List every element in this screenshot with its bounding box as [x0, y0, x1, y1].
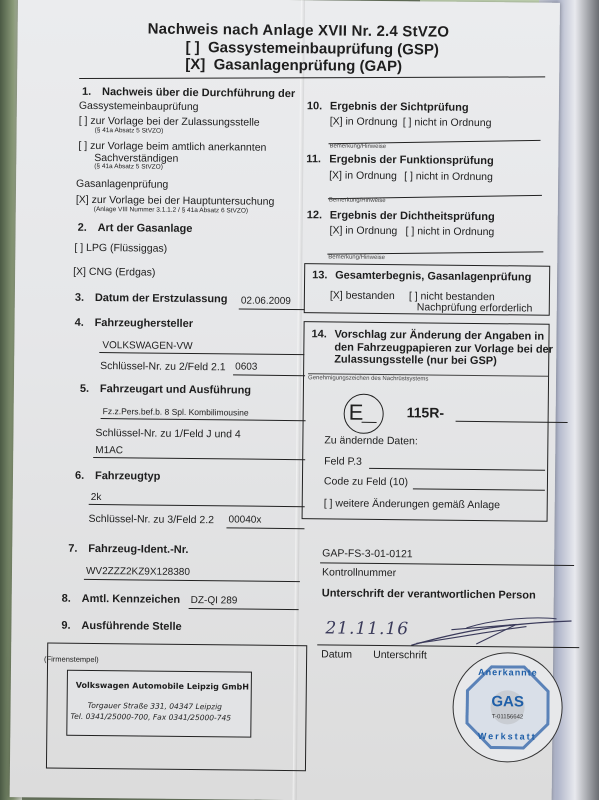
checkbox-gsp: [ ] [185, 39, 199, 56]
control-number-label: Kontrollnummer [322, 566, 396, 579]
more-changes-option: [ ] weitere Änderungen gemäß Anlage [324, 497, 500, 511]
company-address: Torgauer Straße 331, 04347 Leipzig [88, 701, 222, 711]
company-stamp: Volkswagen Automobile Leipzig GmbH Torga… [66, 670, 252, 738]
license-plate-value: DZ-QI 289 [191, 595, 238, 606]
leak-check-nok: [ ] nicht in Ordnung [406, 225, 495, 238]
company-name: Volkswagen Automobile Leipzig GmbH [76, 681, 249, 692]
vin-value: WV2ZZZ2KZ9X128380 [86, 566, 190, 578]
section-4-title: 4.Fahrzeughersteller [75, 317, 194, 330]
section-10-title: 10.Ergebnis der Sichtprüfung [307, 100, 469, 114]
visual-remark-label: Bemerkung/Hinweise [329, 143, 386, 150]
manufacturer-underline [99, 352, 304, 355]
first-registration-date: 02.06.2009 [241, 296, 291, 308]
section-7-title: 7.Fahrzeug-Ident.-Nr. [68, 543, 188, 556]
option-gap: [X] Gasanlagenprüfung (GAP) [185, 56, 402, 75]
section-13-title: 13.Gesamterbegnis, Gasanlagenprüfung [312, 269, 531, 283]
section-5-title: 5.Fahrzeugart und Ausführung [80, 383, 251, 397]
checkbox-gap: [X] [185, 56, 205, 73]
control-number: GAP-FS-3-01-0121 [322, 547, 413, 560]
visual-check-ok: [X] in Ordnung [330, 115, 398, 128]
note-sachverstaendigen: (§ 41a Absatz 5 StVZO) [94, 163, 163, 171]
section-8-title: 8.Amtl. Kennzeichen [62, 593, 181, 606]
label-gap: Gasanlagenprüfung (GAP) [214, 56, 403, 75]
field-p3-label: Feld P.3 [324, 455, 362, 467]
document-title: Nachweis nach Anlage XVII Nr. 2.4 StVZO [148, 21, 450, 41]
overall-reinspection: Nachprüfung erforderlich [417, 301, 533, 314]
vehicle-type-key-underline [226, 527, 304, 529]
leak-remark-label: Bemerkung/Hinweise [328, 254, 385, 261]
sub-gap: Gasanlagenprüfung [76, 178, 168, 191]
option-cng: [X] CNG (Erdgas) [73, 266, 155, 279]
license-plate-underline [189, 608, 299, 610]
vehicle-kind-key-value: M1AC [95, 445, 123, 456]
section-3-title: 3.Datum der Erstzulassung [75, 292, 228, 306]
e-mark-circle: E [343, 394, 383, 434]
document-sheet: Nachweis nach Anlage XVII Nr. 2.4 StVZO … [10, 0, 560, 800]
vehicle-type-key-value: 00040x [228, 514, 261, 525]
change-data-label: Zu ändernde Daten: [324, 434, 418, 447]
option-lpg: [ ] LPG (Flüssiggas) [74, 242, 167, 255]
function-remark-label: Bemerkung/Hinweise [329, 197, 386, 204]
vehicle-kind-value: Fz.z.Pers.bef.b. 8 Spl. Kombilimousine [103, 406, 249, 418]
section-11-title: 11.Ergebnis der Funktionsprüfung [306, 153, 494, 167]
vehicle-kind-underline [101, 418, 306, 421]
ece-regulation: 115R- [407, 404, 445, 420]
vehicle-kind-key-label: Schlüssel-Nr. zu 1/Feld J und 4 [95, 427, 240, 441]
vehicle-kind-key-underline [93, 457, 305, 460]
manufacturer-value: VOLKSWAGEN-VW [102, 340, 192, 352]
date-label: Datum [321, 648, 352, 660]
header-divider [79, 76, 545, 79]
manufacturer-key-value: 0603 [235, 361, 257, 372]
sub-gsp: Gassystemeinbauprüfung [79, 100, 199, 113]
e-mark-line [362, 422, 377, 423]
control-number-line [320, 562, 574, 566]
vin-underline [84, 579, 300, 582]
code-field-label: Code zu Feld (10) [324, 475, 408, 488]
section-12-title: 12.Ergebnis der Dichtheitsprüfung [307, 209, 495, 223]
overall-passed: [X] bestanden [330, 289, 395, 302]
manufacturer-key-underline [233, 374, 305, 376]
firm-stamp-caption: (Firmenstempel) [44, 654, 99, 664]
leak-check-ok: [X] in Ordnung [330, 224, 398, 237]
vehicle-type-underline [89, 504, 305, 507]
signature-heading: Unterschrift der verantwortlichen Person [322, 587, 536, 601]
workshop-seal: Anerkannte GAS T-01156642 Werkstatt [452, 652, 563, 763]
vehicle-type-value: 2k [91, 492, 102, 503]
section-9-title: 9.Ausführende Stelle [61, 620, 181, 633]
section-2-title: 2.Art der Gasanlage [78, 222, 193, 235]
seal-number: T-01156642 [453, 714, 561, 721]
function-check-nok: [ ] nicht in Ordnung [404, 170, 493, 183]
note-hauptuntersuchung: (Anlage VIII Nummer 3.1.1.2 / § 41a Absa… [94, 206, 248, 215]
handwritten-date: 21.11.16 [325, 618, 409, 639]
seal-text-top: Anerkannte [454, 667, 562, 678]
seal-text-bottom: Werkstatt [453, 731, 561, 742]
signature-label: Unterschrift [373, 649, 427, 662]
section-6-title: 6.Fahrzeugtyp [75, 470, 161, 483]
visual-check-nok: [ ] nicht in Ordnung [403, 116, 492, 129]
section-14-title: 14.Vorschlag zur Änderung der Angaben in… [311, 328, 553, 368]
function-check-ok: [X] in Ordnung [329, 169, 397, 182]
company-phone: Tel. 0341/25000-700, Fax 0341/25000-745 [70, 712, 231, 723]
vehicle-type-key-label: Schlüssel-Nr. zu 3/Feld 2.2 [88, 513, 214, 526]
note-zulassungsstelle: (§ 41a Absatz 5 StVZO) [95, 127, 164, 135]
seal-gas-label: GAS [454, 693, 562, 711]
date-underline [239, 308, 305, 310]
manufacturer-key-label: Schlüssel-Nr. zu 2/Feld 2.1 [100, 360, 226, 373]
section-1-title: 1.Nachweis über die Durchführung der [82, 86, 295, 100]
